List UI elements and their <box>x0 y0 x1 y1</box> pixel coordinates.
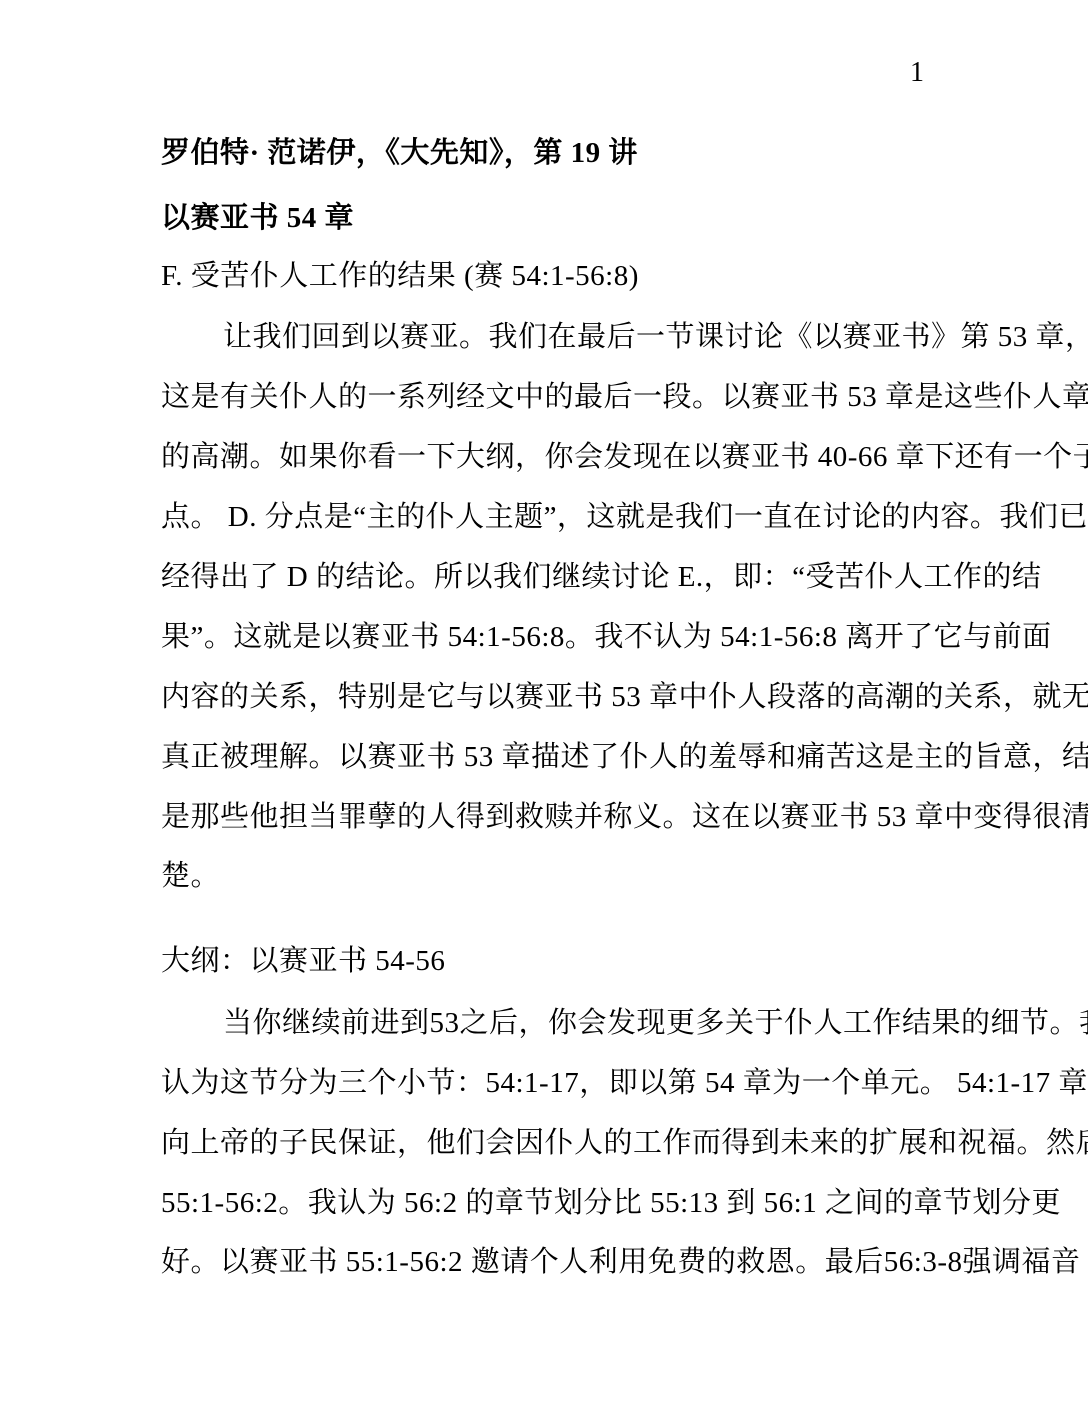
section-f-heading: F. 受苦仆人工作的结果 (赛 54:1-56:8) <box>161 259 931 293</box>
document-title: 罗伯特· 范诺伊，《大先知》，第 19 讲 <box>161 136 931 170</box>
outline-heading: 大纲：以赛亚书 54-56 <box>161 944 931 978</box>
text-line: 果”。这就是以赛亚书 54:1-56:8。我不认为 54:1-56:8 离开了它… <box>161 620 931 654</box>
text-line: 好。以赛亚书 55:1-56:2 邀请个人利用免费的救恩。最后56:3-8强调福… <box>161 1245 931 1279</box>
text-line: 楚。 <box>161 859 931 893</box>
text-line: 这是有关仆人的一系列经文中的最后一段。以赛亚书 53 章是这些仆人章节 <box>161 380 931 414</box>
text-line: 认为这节分为三个小节：54:1-17，即以第 54 章为一个单元。 54:1-1… <box>161 1066 931 1100</box>
text-line: 内容的关系，特别是它与以赛亚书 53 章中仆人段落的高潮的关系，就无法 <box>161 680 931 714</box>
text-line: 向上帝的子民保证，他们会因仆人的工作而得到未来的扩展和祝福。然后是 <box>161 1126 931 1160</box>
text-line: 点。 D. 分点是“主的仆人主题”，这就是我们一直在讨论的内容。我们已 <box>161 500 931 534</box>
document-page: 1 罗伯特· 范诺伊，《大先知》，第 19 讲 以赛亚书 54 章 F. 受苦仆… <box>0 0 1088 1408</box>
text-line: 当你继续前进到53之后，你会发现更多关于仆人工作结果的细节。我 <box>223 1006 931 1040</box>
text-line: 真正被理解。以赛亚书 53 章描述了仆人的羞辱和痛苦这是主的旨意，结果 <box>161 740 931 774</box>
text-line: 经得出了 D 的结论。所以我们继续讨论 E.，即：“受苦仆人工作的结 <box>161 560 931 594</box>
page-number: 1 <box>910 57 924 89</box>
text-line: 的高潮。如果你看一下大纲，你会发现在以赛亚书 40-66 章下还有一个子 <box>161 440 931 474</box>
text-line: 是那些他担当罪孽的人得到救赎并称义。这在以赛亚书 53 章中变得很清 <box>161 800 931 834</box>
text-line: 55:1-56:2。我认为 56:2 的章节划分比 55:13 到 56:1 之… <box>161 1186 931 1220</box>
text-line: 让我们回到以赛亚。我们在最后一节课讨论《以赛亚书》第 53 章， <box>223 320 931 354</box>
document-subtitle: 以赛亚书 54 章 <box>161 201 931 235</box>
